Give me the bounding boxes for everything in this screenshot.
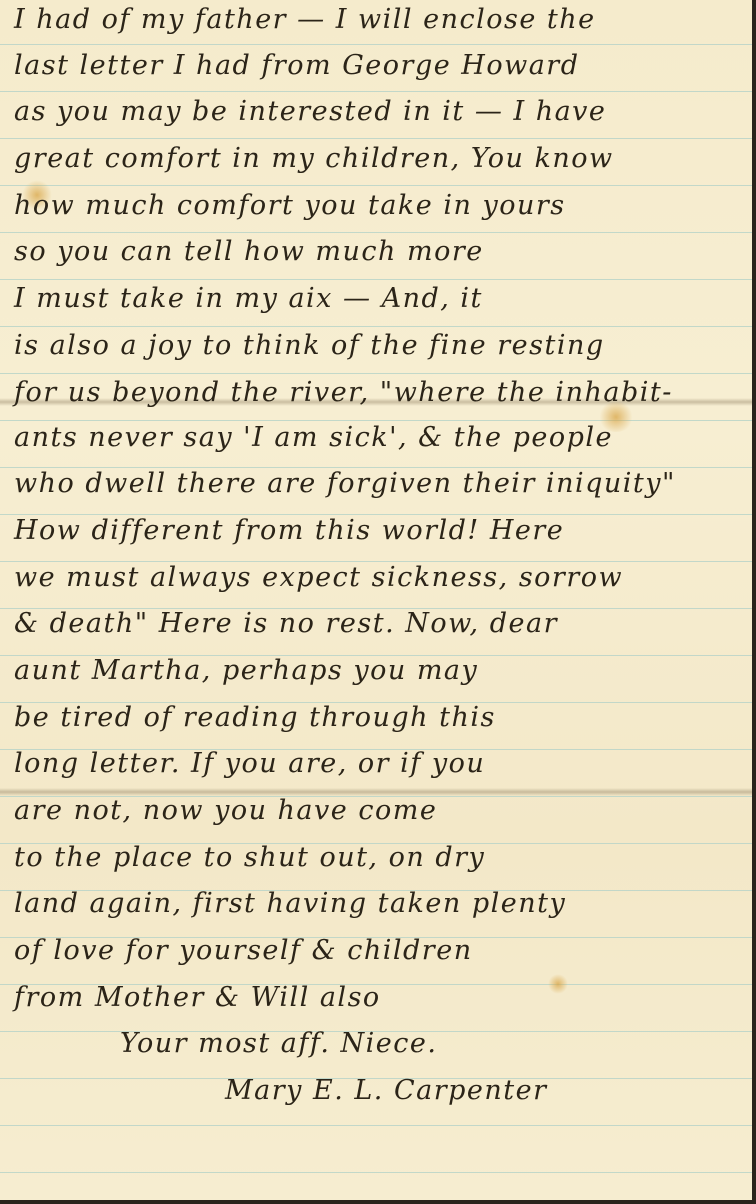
letter-line: so you can tell how much more [14, 236, 484, 267]
rule-line [0, 373, 752, 374]
letter-line: great comfort in my children, You know [14, 143, 614, 174]
rule-line [0, 420, 752, 421]
letter-page: I had of my father — I will enclose the … [0, 0, 752, 1200]
letter-line: of love for yourself & children [14, 935, 473, 966]
letter-line: last letter I had from George Howard [14, 50, 580, 81]
letter-line: I must take in my aix — And, it [14, 283, 483, 314]
letter-signature: Mary E. L. Carpenter [225, 1075, 548, 1106]
letter-line: for us beyond the river, "where the inha… [14, 377, 673, 408]
letter-line: be tired of reading through this [14, 702, 496, 733]
rule-line [0, 232, 752, 233]
letter-closing: Your most aff. Niece. [120, 1028, 437, 1059]
letter-line: I had of my father — I will enclose the [14, 4, 596, 35]
stain [548, 974, 568, 994]
rule-line [0, 138, 752, 139]
letter-line: as you may be interested in it — I have [14, 96, 606, 127]
letter-line: long letter. If you are, or if you [14, 748, 485, 779]
letter-line: aunt Martha, perhaps you may [14, 655, 478, 686]
letter-line: are not, now you have come [14, 795, 437, 826]
rule-line [0, 185, 752, 186]
rule-line [0, 1172, 752, 1173]
letter-line: & death" Here is no rest. Now, dear [14, 608, 558, 639]
rule-line [0, 44, 752, 45]
letter-line: who dwell there are forgiven their iniqu… [14, 468, 676, 499]
letter-line: land again, first having taken plenty [14, 888, 566, 919]
rule-line [0, 91, 752, 92]
letter-line: we must always expect sickness, sorrow [14, 562, 623, 593]
rule-line [0, 1125, 752, 1126]
letter-line: how much comfort you take in yours [14, 190, 566, 221]
letter-line: to the place to shut out, on dry [14, 842, 485, 873]
letter-line: is also a joy to think of the fine resti… [14, 330, 605, 361]
letter-line: ants never say 'I am sick', & the people [14, 422, 613, 453]
rule-line [0, 326, 752, 327]
rule-line [0, 279, 752, 280]
letter-line: from Mother & Will also [14, 982, 381, 1013]
letter-line: How different from this world! Here [14, 515, 564, 546]
